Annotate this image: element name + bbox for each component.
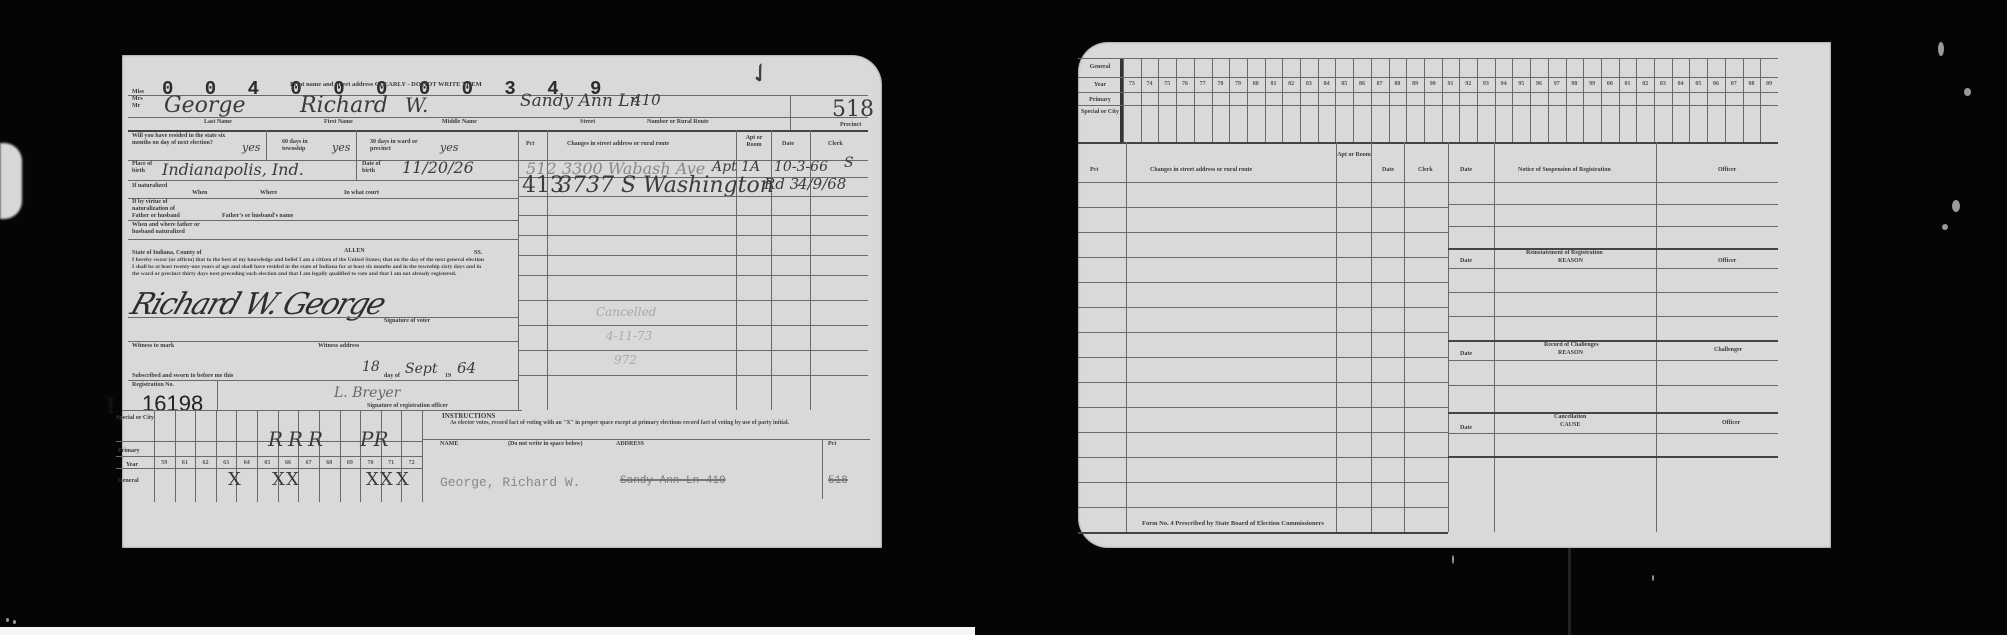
grid-line xyxy=(1406,58,1407,142)
changes-header-pct: Pct xyxy=(526,141,534,148)
back-year-cell-01: 01 xyxy=(1619,80,1637,88)
grid-line xyxy=(1477,58,1478,142)
year-cell-65: 65 xyxy=(257,459,278,467)
typed-name-label: NAME xyxy=(440,441,458,448)
dust-speck xyxy=(1938,42,1944,56)
reinstatement-reason-label: REASON xyxy=(1558,258,1583,265)
grid-line xyxy=(1194,58,1195,142)
dust-speck xyxy=(6,618,9,622)
street-value: Sandy Ann Ln xyxy=(520,91,640,111)
change-row-2-date: 4/9/68 xyxy=(798,175,846,193)
reinstatement-date-label: Date xyxy=(1460,258,1472,265)
officer-signature-label: Signature of registration officer xyxy=(367,403,448,410)
back-year-cell-92: 92 xyxy=(1459,80,1477,88)
salutation-mrs: Mrs xyxy=(132,96,143,103)
ss-label: SS. xyxy=(474,250,482,257)
grid-line xyxy=(257,410,258,502)
year-cell-62: 62 xyxy=(195,459,216,467)
primary-mark-66: R xyxy=(268,427,283,451)
primary-mark-68: R xyxy=(308,427,323,451)
grid-line xyxy=(1583,58,1584,142)
year-cell-66: 66 xyxy=(278,459,299,467)
grid-line xyxy=(1158,58,1159,142)
back-year-cell-02: 02 xyxy=(1636,80,1654,88)
year-cell-61: 61 xyxy=(175,459,196,467)
back-year-cell-96: 96 xyxy=(1530,80,1548,88)
back-year-cell-74: 74 xyxy=(1141,80,1159,88)
grid-line xyxy=(1424,58,1425,142)
back-year-cell-97: 97 xyxy=(1548,80,1566,88)
grid-line xyxy=(1300,58,1301,142)
year-cell-63: 63 xyxy=(216,459,237,467)
middle-name-value: W. xyxy=(405,93,428,117)
back-changes-header-address: Changes in street address or rural route xyxy=(1150,167,1252,174)
primary-mark-70: PR xyxy=(360,427,389,451)
state-residency-answer: yes xyxy=(242,141,260,154)
first-name-label: First Name xyxy=(324,119,353,126)
back-year-cell-99: 99 xyxy=(1583,80,1601,88)
change-row-1-clerk: S xyxy=(844,155,854,171)
grid-line xyxy=(1459,58,1460,142)
change-row-2-apt: Rd 3 xyxy=(764,175,799,193)
subscribed-label: Subscribed and sworn to before me this xyxy=(132,373,233,380)
back-year-cell-09: 09 xyxy=(1760,80,1778,88)
changes-header-apt: Apt or Room xyxy=(738,135,770,149)
general-mark-67: X xyxy=(286,469,299,490)
back-year-cell-81: 81 xyxy=(1265,80,1283,88)
back-year-cell-80: 80 xyxy=(1247,80,1265,88)
changes-header-date: Date xyxy=(782,141,794,148)
grid-line xyxy=(319,410,320,502)
back-year-cell-84: 84 xyxy=(1318,80,1336,88)
grid-line xyxy=(1123,58,1124,142)
back-year-cell-85: 85 xyxy=(1335,80,1353,88)
back-year-cell-03: 03 xyxy=(1654,80,1672,88)
dust-speck xyxy=(1452,555,1454,564)
back-changes-header-pct: Pct xyxy=(1090,167,1098,174)
subscribed-day: 18 xyxy=(362,359,380,375)
back-row-primary: Primary xyxy=(1080,97,1120,104)
grid-line xyxy=(1566,58,1567,142)
year-cell-69: 69 xyxy=(340,459,361,467)
grid-line xyxy=(1636,58,1637,142)
general-mark-71: X xyxy=(380,469,393,490)
grid-line xyxy=(1389,58,1390,142)
middle-name-label: Middle Name xyxy=(442,119,477,126)
grid-line xyxy=(1725,58,1726,142)
township-residency-answer: yes xyxy=(332,141,350,154)
grid-line xyxy=(1229,58,1230,142)
year-cell-68: 68 xyxy=(319,459,340,467)
change-row-2-address: 3737 S Washington xyxy=(558,173,774,198)
challenges-date-label: Date xyxy=(1460,351,1472,358)
suspension-title: Notice of Suspension of Registration xyxy=(1518,167,1611,174)
general-mark-64: X xyxy=(228,469,241,490)
back-year-cell-07: 07 xyxy=(1725,80,1743,88)
back-year-cell-08: 08 xyxy=(1743,80,1761,88)
primary-mark-67: R xyxy=(288,427,303,451)
instructions-title: INSTRUCTIONS xyxy=(442,412,495,420)
change-row-1-date: 10-3-66 xyxy=(774,159,828,175)
back-year-cell-88: 88 xyxy=(1389,80,1407,88)
voting-row-special: Special or City xyxy=(116,415,154,422)
witness-address-label: Witness address xyxy=(318,343,359,350)
birth-date-value: 11/20/26 xyxy=(402,158,474,177)
registration-card-back: General Year Primary Special or City 737… xyxy=(1078,42,1831,548)
registration-prefix: I xyxy=(106,393,115,420)
scan-border-strip xyxy=(0,627,975,635)
grid-line xyxy=(216,410,217,502)
dust-speck xyxy=(1952,200,1960,212)
salutation-miss: Miss xyxy=(132,89,144,96)
virtue-label: If by virtue of naturalization of Father… xyxy=(132,199,187,220)
father-naturalized-label: When and where father or husband natural… xyxy=(132,222,222,236)
dust-speck xyxy=(1942,224,1948,230)
cancellation-title: Cancellation xyxy=(1554,414,1586,421)
back-year-cell-77: 77 xyxy=(1194,80,1212,88)
cancellation-cause-label: CAUSE xyxy=(1560,422,1580,429)
dust-speck xyxy=(1964,88,1971,96)
reinstatement-officer-label: Officer xyxy=(1718,258,1736,265)
ward-residency-answer: yes xyxy=(440,141,458,154)
grid-line xyxy=(175,410,176,502)
typed-name: George, Richard W. xyxy=(440,475,580,490)
grid-line xyxy=(1282,58,1283,142)
back-row-general: General xyxy=(1080,64,1120,71)
challenges-reason-label: REASON xyxy=(1558,350,1583,357)
back-year-cell-86: 86 xyxy=(1353,80,1371,88)
back-year-cell-04: 04 xyxy=(1672,80,1690,88)
grid-line xyxy=(1176,58,1177,142)
general-mark-70: X xyxy=(366,469,379,490)
cancellation-date-label: Date xyxy=(1460,425,1472,432)
year-prefix: 19 xyxy=(445,373,451,380)
naturalized-where-label: Where xyxy=(260,190,277,197)
back-year-cell-79: 79 xyxy=(1229,80,1247,88)
suspension-officer-label: Officer xyxy=(1718,167,1736,174)
back-year-cell-00: 00 xyxy=(1601,80,1619,88)
year-cell-72: 72 xyxy=(401,459,422,467)
back-changes-header-apt: Apt or Room xyxy=(1336,152,1372,159)
typed-address-label: ADDRESS xyxy=(616,441,644,448)
back-year-cell-90: 90 xyxy=(1424,80,1442,88)
registration-number-label: Registration No. xyxy=(132,382,174,389)
grid-line xyxy=(1512,58,1513,142)
back-year-cell-06: 06 xyxy=(1707,80,1725,88)
salutation-mr: Mr xyxy=(132,103,140,110)
grid-line xyxy=(1619,58,1620,142)
back-year-cell-76: 76 xyxy=(1176,80,1194,88)
subscribed-year: 64 xyxy=(457,359,476,377)
form-footer: Form No. 4 Prescribed by State Board of … xyxy=(1142,520,1324,527)
faint-note-cancelled: Cancelled xyxy=(596,305,656,319)
voting-row-primary: Primary xyxy=(118,448,140,455)
back-changes-header-date: Date xyxy=(1382,167,1394,174)
grid-line xyxy=(1371,58,1372,142)
naturalized-label: If naturalized xyxy=(132,183,172,190)
oath-text: I hereby swear (or affirm) that to the b… xyxy=(132,257,487,279)
grid-line xyxy=(1707,58,1708,142)
naturalized-when-label: When xyxy=(192,190,207,197)
general-mark-66: X xyxy=(272,469,285,490)
officer-signature: L. Breyer xyxy=(334,385,400,401)
grid-line xyxy=(360,410,361,502)
state-residency-question: Will you have resided in the state six m… xyxy=(132,133,227,147)
back-year-cell-73: 73 xyxy=(1123,80,1141,88)
cancellation-officer-label: Officer xyxy=(1722,420,1740,427)
reinstatement-title: Reinstatement of Registration xyxy=(1526,250,1603,257)
house-number-value: 410 xyxy=(632,91,661,109)
dust-speck xyxy=(13,620,16,624)
back-year-cell-95: 95 xyxy=(1512,80,1530,88)
back-changes-header-clerk: Clerk xyxy=(1418,167,1433,174)
grid-line xyxy=(154,410,155,502)
checkmark-icon: ✓ xyxy=(743,55,778,92)
registration-number: 16198 xyxy=(142,391,203,417)
year-cell-64: 64 xyxy=(236,459,257,467)
birth-date-label: Date of birth xyxy=(362,161,390,175)
grid-line xyxy=(1335,58,1336,142)
typed-pct: 518 xyxy=(828,475,848,487)
back-year-cell-05: 05 xyxy=(1689,80,1707,88)
back-year-cell-82: 82 xyxy=(1282,80,1300,88)
back-year-cell-75: 75 xyxy=(1158,80,1176,88)
grid-line xyxy=(1760,58,1761,142)
header-instruction: Print name and street address CLEARLY - … xyxy=(290,81,482,89)
grid-line xyxy=(1353,58,1354,142)
changes-header-address: Changes in street address or rural route xyxy=(567,141,669,148)
grid-line xyxy=(1247,58,1248,142)
back-year-cell-94: 94 xyxy=(1495,80,1513,88)
back-row-special: Special or City xyxy=(1080,109,1120,116)
challenges-title: Record of Challenges xyxy=(1544,342,1599,349)
scan-artifact-left xyxy=(0,143,22,219)
voting-row-general: General xyxy=(118,478,139,485)
back-year-cell-87: 87 xyxy=(1371,80,1389,88)
subscribed-month: Sept xyxy=(405,361,437,377)
grid-line xyxy=(1442,58,1443,142)
back-year-cell-83: 83 xyxy=(1300,80,1318,88)
back-year-cell-98: 98 xyxy=(1566,80,1584,88)
county-label: State of Indiana, County of xyxy=(132,250,202,257)
father-name-label: Father's or husband's name xyxy=(222,213,293,220)
day-of-label: day of xyxy=(384,373,400,380)
typed-pct-label: Pct xyxy=(828,441,836,448)
precinct-value: 518 xyxy=(832,97,874,122)
last-name-value: George xyxy=(164,93,245,118)
grid-line xyxy=(1689,58,1690,142)
grid-line xyxy=(340,410,341,502)
naturalized-court-label: In what court xyxy=(344,190,379,197)
instructions-text: As elector votes, record fact of voting … xyxy=(450,420,870,427)
witness-label: Witness to mark xyxy=(132,343,174,350)
grid-line xyxy=(1548,58,1549,142)
suspension-date-label: Date xyxy=(1460,167,1472,174)
birth-place-label: Place of birth xyxy=(132,161,158,175)
county-value: ALLEN xyxy=(344,248,365,255)
grid-line xyxy=(1601,58,1602,142)
challenger-label: Challenger xyxy=(1714,347,1742,354)
changes-header-clerk: Clerk xyxy=(828,141,843,148)
do-not-write-label: (Do not write in space below) xyxy=(508,441,583,448)
last-name-label: Last Name xyxy=(204,119,232,126)
grid-line xyxy=(195,410,196,502)
back-year-cell-91: 91 xyxy=(1442,80,1460,88)
year-cell-71: 71 xyxy=(381,459,402,467)
first-name-value: Richard xyxy=(300,93,388,118)
faint-note-number: 972 xyxy=(614,353,637,367)
back-row-year: Year xyxy=(1080,82,1120,89)
number-label: Number or Rural Route xyxy=(647,119,709,126)
registration-card-front: 0 0 4 0 0 0 0 0 3 4 9 Print name and str… xyxy=(122,55,882,548)
film-scratch xyxy=(1568,545,1571,635)
birth-place-value: Indianapolis, Ind. xyxy=(162,160,304,179)
grid-line xyxy=(1672,58,1673,142)
ward-residency-question: 30 days in ward or precinct xyxy=(370,139,430,153)
back-year-cell-93: 93 xyxy=(1477,80,1495,88)
township-residency-question: 60 days in township xyxy=(282,139,332,153)
grid-line xyxy=(1743,58,1744,142)
voter-signature-label: Signature of voter xyxy=(384,318,430,325)
grid-line xyxy=(1265,58,1266,142)
year-cell-67: 67 xyxy=(298,459,319,467)
dust-speck xyxy=(1652,575,1654,581)
back-year-cell-89: 89 xyxy=(1406,80,1424,88)
year-cell-70: 70 xyxy=(360,459,381,467)
precinct-label: Precinct xyxy=(840,122,861,129)
general-mark-72: X xyxy=(396,469,409,490)
typed-address: Sandy Ann Ln 410 xyxy=(620,475,726,487)
year-cell-59: 59 xyxy=(154,459,175,467)
back-year-cell-78: 78 xyxy=(1212,80,1230,88)
street-label: Street xyxy=(580,119,595,126)
faint-note-date: 4-11-73 xyxy=(606,329,652,343)
grid-line xyxy=(1495,58,1496,142)
grid-line xyxy=(1318,58,1319,142)
grid-line xyxy=(1141,58,1142,142)
grid-line xyxy=(1654,58,1655,142)
grid-line xyxy=(1530,58,1531,142)
grid-line xyxy=(1212,58,1213,142)
